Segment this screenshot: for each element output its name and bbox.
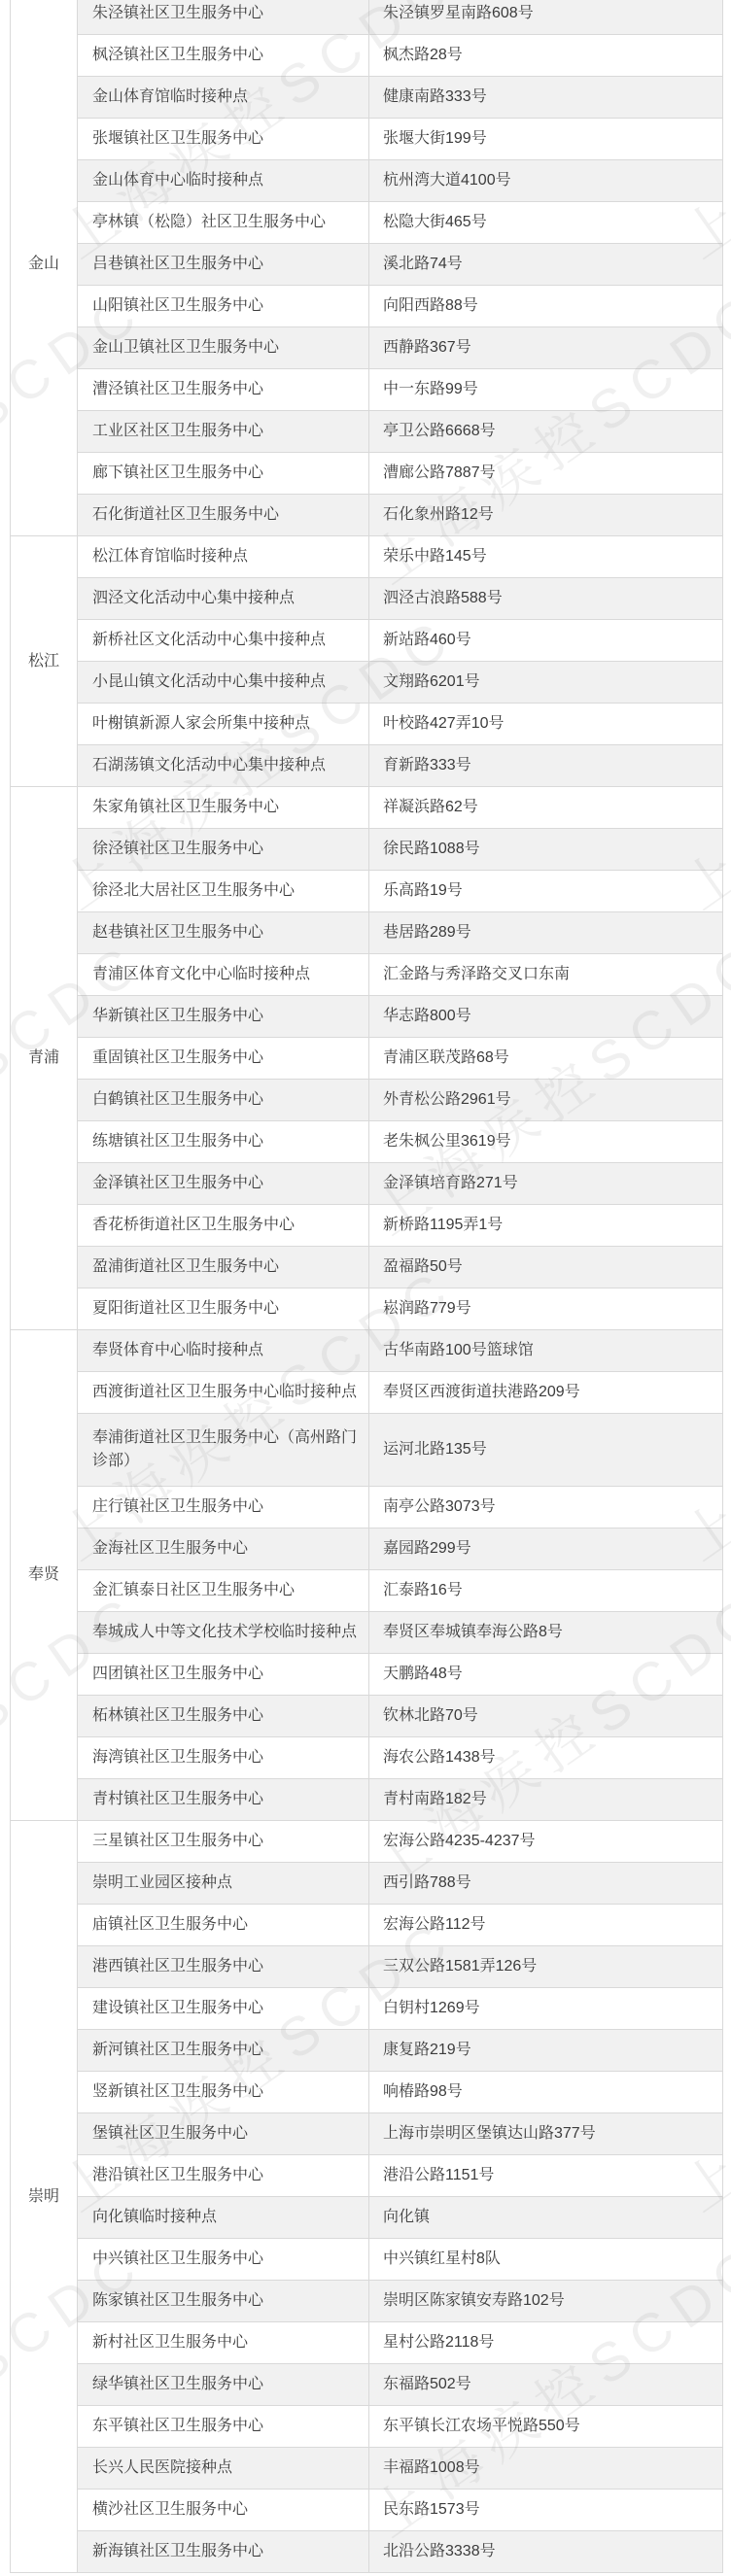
- site-address-cell: 向化镇: [369, 2197, 722, 2238]
- table-row: 竖新镇社区卫生服务中心 响椿路98号: [78, 2072, 722, 2113]
- site-name-cell: 陈家镇社区卫生服务中心: [78, 2281, 369, 2321]
- table-row: 新河镇社区卫生服务中心 康复路219号: [78, 2030, 722, 2072]
- site-name-cell: 廊下镇社区卫生服务中心: [78, 453, 369, 494]
- site-address-cell: 亭卫公路6668号: [369, 411, 722, 452]
- site-address-cell: 汇金路与秀泽路交叉口东南: [369, 954, 722, 995]
- site-name: 石化街道社区卫生服务中心: [92, 503, 279, 527]
- site-address: 汇金路与秀泽路交叉口东南: [383, 963, 570, 986]
- site-address-cell: 奉贤区奉城镇奉海公路8号: [369, 1612, 722, 1653]
- site-name: 新海镇社区卫生服务中心: [92, 2540, 263, 2563]
- site-address: 亭卫公路6668号: [383, 420, 496, 443]
- site-name-cell: 泗泾文化活动中心集中接种点: [78, 578, 369, 619]
- site-name-cell: 奉城成人中等文化技术学校临时接种点: [78, 1612, 369, 1653]
- site-name: 青村镇社区卫生服务中心: [92, 1788, 263, 1811]
- site-address-cell: 青浦区联茂路68号: [369, 1038, 722, 1079]
- site-name: 建设镇社区卫生服务中心: [92, 1997, 263, 2020]
- site-address: 枫杰路28号: [383, 44, 463, 67]
- site-address: 星村公路2118号: [383, 2331, 494, 2354]
- site-name: 松江体育馆临时接种点: [92, 545, 248, 568]
- table-row: 工业区社区卫生服务中心 亭卫公路6668号: [78, 411, 722, 453]
- site-address: 荣乐中路145号: [383, 545, 487, 568]
- site-address-cell: 汇泰路16号: [369, 1570, 722, 1611]
- table-row: 张堰镇社区卫生服务中心 张堰大街199号: [78, 119, 722, 160]
- site-address-cell: 上海市崇明区堡镇达山路377号: [369, 2113, 722, 2154]
- site-name-cell: 新河镇社区卫生服务中心: [78, 2030, 369, 2071]
- site-address-cell: 金泽镇培育路271号: [369, 1163, 722, 1204]
- site-address: 松隐大街465号: [383, 211, 487, 234]
- site-name: 青浦区体育文化中心临时接种点: [92, 963, 310, 986]
- site-address-cell: 奉贤区西渡街道扶港路209号: [369, 1372, 722, 1413]
- site-address-cell: 青村南路182号: [369, 1779, 722, 1820]
- site-name: 西渡街道社区卫生服务中心临时接种点: [92, 1381, 357, 1404]
- table-row: 山阳镇社区卫生服务中心 向阳西路88号: [78, 286, 722, 327]
- site-address: 东福路502号: [383, 2373, 471, 2396]
- table-row: 绿华镇社区卫生服务中心 东福路502号: [78, 2364, 722, 2406]
- table-row: 金山卫镇社区卫生服务中心 西静路367号: [78, 327, 722, 369]
- site-name: 港沿镇社区卫生服务中心: [92, 2164, 263, 2187]
- table-row: 长兴人民医院接种点 丰福路1008号: [78, 2448, 722, 2490]
- table-row: 夏阳街道社区卫生服务中心 崧润路779号: [78, 1288, 722, 1329]
- table-row: 庙镇社区卫生服务中心 宏海公路112号: [78, 1905, 722, 1946]
- site-address-cell: 钦林北路70号: [369, 1696, 722, 1736]
- site-address: 向化镇: [383, 2206, 430, 2229]
- site-name-cell: 张堰镇社区卫生服务中心: [78, 119, 369, 159]
- site-name: 庄行镇社区卫生服务中心: [92, 1495, 263, 1519]
- table-row: 金海社区卫生服务中心 嘉园路299号: [78, 1528, 722, 1570]
- site-address-cell: 松隐大街465号: [369, 202, 722, 243]
- site-address-cell: 崧润路779号: [369, 1288, 722, 1329]
- table-row: 朱家角镇社区卫生服务中心 祥凝浜路62号: [78, 787, 722, 829]
- table-row: 金泽镇社区卫生服务中心 金泽镇培育路271号: [78, 1163, 722, 1205]
- site-address: 崧润路779号: [383, 1297, 471, 1321]
- site-name-cell: 盈浦街道社区卫生服务中心: [78, 1247, 369, 1288]
- site-name: 绿华镇社区卫生服务中心: [92, 2373, 263, 2396]
- site-name: 横沙社区卫生服务中心: [92, 2498, 248, 2522]
- site-name-cell: 崇明工业园区接种点: [78, 1863, 369, 1904]
- site-address-cell: 新站路460号: [369, 620, 722, 661]
- site-address: 上海市崇明区堡镇达山路377号: [383, 2122, 596, 2146]
- site-address-cell: 三双公路1581弄126号: [369, 1946, 722, 1987]
- site-address-cell: 北沿公路3338号: [369, 2531, 722, 2572]
- site-address: 三双公路1581弄126号: [383, 1955, 537, 1978]
- site-name: 金山体育中心临时接种点: [92, 169, 263, 192]
- site-name-cell: 漕泾镇社区卫生服务中心: [78, 369, 369, 410]
- site-name: 叶榭镇新源人家会所集中接种点: [92, 712, 310, 736]
- site-address-cell: 荣乐中路145号: [369, 536, 722, 577]
- site-name: 石湖荡镇文化活动中心集中接种点: [92, 754, 326, 777]
- site-name: 枫泾镇社区卫生服务中心: [92, 44, 263, 67]
- table-row: 港沿镇社区卫生服务中心 港沿公路1151号: [78, 2155, 722, 2197]
- site-name: 新河镇社区卫生服务中心: [92, 2039, 263, 2062]
- site-name-cell: 新村社区卫生服务中心: [78, 2322, 369, 2363]
- site-address: 汇泰路16号: [383, 1579, 463, 1602]
- table-row: 奉城成人中等文化技术学校临时接种点 奉贤区奉城镇奉海公路8号: [78, 1612, 722, 1654]
- table-row: 新海镇社区卫生服务中心 北沿公路3338号: [78, 2531, 722, 2572]
- site-address: 漕廊公路7887号: [383, 462, 496, 485]
- site-address: 崇明区陈家镇安寿路102号: [383, 2289, 565, 2313]
- site-address-cell: 盈福路50号: [369, 1247, 722, 1288]
- section-rows: 松江体育馆临时接种点 荣乐中路145号 泗泾文化活动中心集中接种点 泗泾古浪路5…: [78, 536, 722, 786]
- table-row: 练塘镇社区卫生服务中心 老朱枫公里3619号: [78, 1121, 722, 1163]
- district-section: 崇明 三星镇社区卫生服务中心 宏海公路4235-4237号 崇明工业园区接种点 …: [11, 1821, 722, 2573]
- site-address: 新桥路1195弄1号: [383, 1214, 503, 1237]
- site-name-cell: 徐泾北大居社区卫生服务中心: [78, 871, 369, 911]
- table-row: 重固镇社区卫生服务中心 青浦区联茂路68号: [78, 1038, 722, 1080]
- site-name: 四团镇社区卫生服务中心: [92, 1663, 263, 1686]
- site-name-cell: 中兴镇社区卫生服务中心: [78, 2239, 369, 2280]
- site-address: 乐高路19号: [383, 879, 463, 903]
- site-name: 重固镇社区卫生服务中心: [92, 1047, 263, 1070]
- site-name-cell: 竖新镇社区卫生服务中心: [78, 2072, 369, 2112]
- site-name-cell: 石化街道社区卫生服务中心: [78, 495, 369, 535]
- site-name-cell: 四团镇社区卫生服务中心: [78, 1654, 369, 1695]
- site-name-cell: 庙镇社区卫生服务中心: [78, 1905, 369, 1945]
- site-name-cell: 石湖荡镇文化活动中心集中接种点: [78, 745, 369, 786]
- site-address-cell: 溪北路74号: [369, 244, 722, 285]
- table-row: 徐泾镇社区卫生服务中心 徐民路1088号: [78, 829, 722, 871]
- site-address: 文翔路6201号: [383, 670, 480, 694]
- table-row: 横沙社区卫生服务中心 民东路1573号: [78, 2490, 722, 2531]
- site-address: 西引路788号: [383, 1872, 471, 1895]
- site-address-cell: 康复路219号: [369, 2030, 722, 2071]
- site-address: 民东路1573号: [383, 2498, 480, 2522]
- site-address: 古华南路100号篮球馆: [383, 1339, 534, 1362]
- site-name-cell: 枫泾镇社区卫生服务中心: [78, 35, 369, 76]
- district-label-cell: 崇明: [11, 1821, 78, 2572]
- table-row: 泗泾文化活动中心集中接种点 泗泾古浪路588号: [78, 578, 722, 620]
- site-name-cell: 重固镇社区卫生服务中心: [78, 1038, 369, 1079]
- site-name: 盈浦街道社区卫生服务中心: [92, 1255, 279, 1279]
- site-name: 堡镇社区卫生服务中心: [92, 2122, 248, 2146]
- site-address-cell: 新桥路1195弄1号: [369, 1205, 722, 1246]
- site-address-cell: 祥凝浜路62号: [369, 787, 722, 828]
- section-rows: 朱泾镇社区卫生服务中心 朱泾镇罗星南路608号 枫泾镇社区卫生服务中心 枫杰路2…: [78, 0, 722, 535]
- table-row: 朱泾镇社区卫生服务中心 朱泾镇罗星南路608号: [78, 0, 722, 35]
- site-address-cell: 运河北路135号: [369, 1414, 722, 1486]
- site-name-cell: 向化镇临时接种点: [78, 2197, 369, 2238]
- site-address-cell: 东福路502号: [369, 2364, 722, 2405]
- site-name-cell: 徐泾镇社区卫生服务中心: [78, 829, 369, 870]
- table-row: 奉贤体育中心临时接种点 古华南路100号篮球馆: [78, 1330, 722, 1372]
- table-row: 叶榭镇新源人家会所集中接种点 叶校路427弄10号: [78, 704, 722, 745]
- site-name: 海湾镇社区卫生服务中心: [92, 1746, 263, 1769]
- site-address: 金泽镇培育路271号: [383, 1172, 518, 1195]
- site-name-cell: 港西镇社区卫生服务中心: [78, 1946, 369, 1987]
- site-name: 崇明工业园区接种点: [92, 1872, 232, 1895]
- table-row: 西渡街道社区卫生服务中心临时接种点 奉贤区西渡街道扶港路209号: [78, 1372, 722, 1414]
- site-name-cell: 新海镇社区卫生服务中心: [78, 2531, 369, 2572]
- site-address: 东平镇长江农场平悦路550号: [383, 2415, 580, 2438]
- site-name: 练塘镇社区卫生服务中心: [92, 1130, 263, 1153]
- site-address-cell: 宏海公路112号: [369, 1905, 722, 1945]
- site-address: 青浦区联茂路68号: [383, 1047, 509, 1070]
- site-name: 东平镇社区卫生服务中心: [92, 2415, 263, 2438]
- site-name: 香花桥街道社区卫生服务中心: [92, 1214, 295, 1237]
- table-row: 金山体育馆临时接种点 健康南路333号: [78, 77, 722, 119]
- site-address: 徐民路1088号: [383, 838, 480, 861]
- table-row: 陈家镇社区卫生服务中心 崇明区陈家镇安寿路102号: [78, 2281, 722, 2322]
- table-row: 建设镇社区卫生服务中心 白钥村1269号: [78, 1988, 722, 2030]
- site-name-cell: 奉贤体育中心临时接种点: [78, 1330, 369, 1371]
- site-address: 盈福路50号: [383, 1255, 463, 1279]
- site-address: 巷居路289号: [383, 921, 471, 945]
- table-row: 中兴镇社区卫生服务中心 中兴镇红星村8队: [78, 2239, 722, 2281]
- table-row: 枫泾镇社区卫生服务中心 枫杰路28号: [78, 35, 722, 77]
- site-name: 朱家角镇社区卫生服务中心: [92, 796, 279, 819]
- site-name: 山阳镇社区卫生服务中心: [92, 294, 263, 318]
- site-name: 夏阳街道社区卫生服务中心: [92, 1297, 279, 1321]
- site-name-cell: 金山体育中心临时接种点: [78, 160, 369, 201]
- table-row: 华新镇社区卫生服务中心 华志路800号: [78, 996, 722, 1038]
- site-name: 向化镇临时接种点: [92, 2206, 217, 2229]
- site-name: 港西镇社区卫生服务中心: [92, 1955, 263, 1978]
- site-address-cell: 西引路788号: [369, 1863, 722, 1904]
- table-row: 港西镇社区卫生服务中心 三双公路1581弄126号: [78, 1946, 722, 1988]
- site-address: 华志路800号: [383, 1005, 471, 1028]
- site-address-cell: 古华南路100号篮球馆: [369, 1330, 722, 1371]
- site-name-cell: 青村镇社区卫生服务中心: [78, 1779, 369, 1820]
- site-address-cell: 徐民路1088号: [369, 829, 722, 870]
- district-label: 金山: [28, 253, 59, 276]
- site-name-cell: 朱家角镇社区卫生服务中心: [78, 787, 369, 828]
- site-name-cell: 庄行镇社区卫生服务中心: [78, 1487, 369, 1528]
- site-name-cell: 金汇镇泰日社区卫生服务中心: [78, 1570, 369, 1611]
- site-address: 青村南路182号: [383, 1788, 487, 1811]
- site-address: 西静路367号: [383, 336, 471, 360]
- site-name-cell: 香花桥街道社区卫生服务中心: [78, 1205, 369, 1246]
- table-row: 吕巷镇社区卫生服务中心 溪北路74号: [78, 244, 722, 286]
- district-label: 奉贤: [28, 1563, 59, 1587]
- site-address-cell: 育新路333号: [369, 745, 722, 786]
- district-section: 松江 松江体育馆临时接种点 荣乐中路145号 泗泾文化活动中心集中接种点 泗泾古…: [11, 536, 722, 787]
- site-address: 康复路219号: [383, 2039, 471, 2062]
- site-address-cell: 港沿公路1151号: [369, 2155, 722, 2196]
- site-address-cell: 东平镇长江农场平悦路550号: [369, 2406, 722, 2447]
- site-name: 金山卫镇社区卫生服务中心: [92, 336, 279, 360]
- site-name: 朱泾镇社区卫生服务中心: [92, 2, 263, 25]
- site-address-cell: 向阳西路88号: [369, 286, 722, 326]
- site-name: 徐泾北大居社区卫生服务中心: [92, 879, 295, 903]
- table-row: 堡镇社区卫生服务中心 上海市崇明区堡镇达山路377号: [78, 2113, 722, 2155]
- table-row: 青村镇社区卫生服务中心 青村南路182号: [78, 1779, 722, 1820]
- table-row: 金汇镇泰日社区卫生服务中心 汇泰路16号: [78, 1570, 722, 1612]
- site-address-cell: 叶校路427弄10号: [369, 704, 722, 744]
- site-name-cell: 小昆山镇文化活动中心集中接种点: [78, 662, 369, 703]
- site-address: 叶校路427弄10号: [383, 712, 505, 736]
- site-address-cell: 朱泾镇罗星南路608号: [369, 0, 722, 34]
- site-address: 朱泾镇罗星南路608号: [383, 2, 534, 25]
- site-name: 陈家镇社区卫生服务中心: [92, 2289, 263, 2313]
- site-name-cell: 奉浦街道社区卫生服务中心（高州路门诊部）: [78, 1414, 369, 1486]
- district-label: 崇明: [28, 2185, 59, 2209]
- site-address-cell: 石化象州路12号: [369, 495, 722, 535]
- site-name: 新桥社区文化活动中心集中接种点: [92, 629, 326, 652]
- site-address-cell: 南亭公路3073号: [369, 1487, 722, 1528]
- table-row: 柘林镇社区卫生服务中心 钦林北路70号: [78, 1696, 722, 1737]
- site-address-cell: 星村公路2118号: [369, 2322, 722, 2363]
- table-row: 赵巷镇社区卫生服务中心 巷居路289号: [78, 912, 722, 954]
- site-address-cell: 丰福路1008号: [369, 2448, 722, 2489]
- page: 金山 朱泾镇社区卫生服务中心 朱泾镇罗星南路608号 枫泾镇社区卫生服务中心 枫…: [0, 0, 731, 2576]
- section-rows: 朱家角镇社区卫生服务中心 祥凝浜路62号 徐泾镇社区卫生服务中心 徐民路1088…: [78, 787, 722, 1329]
- site-address-cell: 西静路367号: [369, 327, 722, 368]
- district-label-cell: 奉贤: [11, 1330, 78, 1820]
- site-name: 亭林镇（松隐）社区卫生服务中心: [92, 211, 326, 234]
- site-name: 三星镇社区卫生服务中心: [92, 1830, 263, 1853]
- table-row: 新桥社区文化活动中心集中接种点 新站路460号: [78, 620, 722, 662]
- site-name: 工业区社区卫生服务中心: [92, 420, 263, 443]
- section-rows: 三星镇社区卫生服务中心 宏海公路4235-4237号 崇明工业园区接种点 西引路…: [78, 1821, 722, 2572]
- table-row: 小昆山镇文化活动中心集中接种点 文翔路6201号: [78, 662, 722, 704]
- site-name-cell: 松江体育馆临时接种点: [78, 536, 369, 577]
- site-name: 华新镇社区卫生服务中心: [92, 1005, 263, 1028]
- site-name: 赵巷镇社区卫生服务中心: [92, 921, 263, 945]
- site-name-cell: 练塘镇社区卫生服务中心: [78, 1121, 369, 1162]
- site-address: 奉贤区奉城镇奉海公路8号: [383, 1621, 563, 1644]
- district-section: 金山 朱泾镇社区卫生服务中心 朱泾镇罗星南路608号 枫泾镇社区卫生服务中心 枫…: [11, 0, 722, 536]
- site-address: 钦林北路70号: [383, 1704, 478, 1728]
- site-address-cell: 白钥村1269号: [369, 1988, 722, 2029]
- site-address: 老朱枫公里3619号: [383, 1130, 511, 1153]
- table-row: 盈浦街道社区卫生服务中心 盈福路50号: [78, 1247, 722, 1288]
- site-name-cell: 绿华镇社区卫生服务中心: [78, 2364, 369, 2405]
- site-address-cell: 文翔路6201号: [369, 662, 722, 703]
- site-address-cell: 宏海公路4235-4237号: [369, 1821, 722, 1862]
- table-row: 廊下镇社区卫生服务中心 漕廊公路7887号: [78, 453, 722, 495]
- site-name-cell: 工业区社区卫生服务中心: [78, 411, 369, 452]
- site-address-cell: 老朱枫公里3619号: [369, 1121, 722, 1162]
- table-row: 四团镇社区卫生服务中心 天鹏路48号: [78, 1654, 722, 1696]
- district-label: 松江: [28, 650, 59, 673]
- site-name: 廊下镇社区卫生服务中心: [92, 462, 263, 485]
- site-address: 中一东路99号: [383, 378, 478, 401]
- site-name: 奉贤体育中心临时接种点: [92, 1339, 263, 1362]
- table-row: 海湾镇社区卫生服务中心 海农公路1438号: [78, 1737, 722, 1779]
- site-name-cell: 柘林镇社区卫生服务中心: [78, 1696, 369, 1736]
- site-address-cell: 外青松公路2961号: [369, 1080, 722, 1120]
- site-name: 柘林镇社区卫生服务中心: [92, 1704, 263, 1728]
- site-address-cell: 民东路1573号: [369, 2490, 722, 2530]
- table-row: 石湖荡镇文化活动中心集中接种点 育新路333号: [78, 745, 722, 786]
- site-name-cell: 吕巷镇社区卫生服务中心: [78, 244, 369, 285]
- table-row: 庄行镇社区卫生服务中心 南亭公路3073号: [78, 1487, 722, 1528]
- site-address: 南亭公路3073号: [383, 1495, 496, 1519]
- table-row: 三星镇社区卫生服务中心 宏海公路4235-4237号: [78, 1821, 722, 1863]
- table-row: 东平镇社区卫生服务中心 东平镇长江农场平悦路550号: [78, 2406, 722, 2448]
- site-name-cell: 新桥社区文化活动中心集中接种点: [78, 620, 369, 661]
- table-row: 亭林镇（松隐）社区卫生服务中心 松隐大街465号: [78, 202, 722, 244]
- district-label-cell: 金山: [11, 0, 78, 535]
- site-address: 育新路333号: [383, 754, 471, 777]
- vaccination-table: 金山 朱泾镇社区卫生服务中心 朱泾镇罗星南路608号 枫泾镇社区卫生服务中心 枫…: [10, 0, 723, 2573]
- site-name-cell: 横沙社区卫生服务中心: [78, 2490, 369, 2530]
- site-name-cell: 金泽镇社区卫生服务中心: [78, 1163, 369, 1204]
- site-address: 嘉园路299号: [383, 1537, 471, 1561]
- site-name-cell: 朱泾镇社区卫生服务中心: [78, 0, 369, 34]
- site-address: 向阳西路88号: [383, 294, 478, 318]
- site-address: 运河北路135号: [383, 1438, 487, 1461]
- site-name: 徐泾镇社区卫生服务中心: [92, 838, 263, 861]
- site-name-cell: 夏阳街道社区卫生服务中心: [78, 1288, 369, 1329]
- section-rows: 奉贤体育中心临时接种点 古华南路100号篮球馆 西渡街道社区卫生服务中心临时接种…: [78, 1330, 722, 1820]
- site-address-cell: 张堰大街199号: [369, 119, 722, 159]
- site-name: 新村社区卫生服务中心: [92, 2331, 248, 2354]
- site-address: 中兴镇红星村8队: [383, 2248, 501, 2271]
- site-name-cell: 金海社区卫生服务中心: [78, 1528, 369, 1569]
- site-name: 白鹤镇社区卫生服务中心: [92, 1088, 263, 1112]
- site-address: 丰福路1008号: [383, 2456, 480, 2480]
- site-address: 石化象州路12号: [383, 503, 494, 527]
- district-label-cell: 松江: [11, 536, 78, 786]
- site-address: 北沿公路3338号: [383, 2540, 496, 2563]
- site-name: 金海社区卫生服务中心: [92, 1537, 248, 1561]
- site-address-cell: 响椿路98号: [369, 2072, 722, 2112]
- site-name: 竖新镇社区卫生服务中心: [92, 2080, 263, 2104]
- site-name-cell: 长兴人民医院接种点: [78, 2448, 369, 2489]
- site-address-cell: 华志路800号: [369, 996, 722, 1037]
- site-name: 小昆山镇文化活动中心集中接种点: [92, 670, 326, 694]
- site-address-cell: 杭州湾大道4100号: [369, 160, 722, 201]
- site-name-cell: 叶榭镇新源人家会所集中接种点: [78, 704, 369, 744]
- site-address: 白钥村1269号: [383, 1997, 480, 2020]
- site-address: 健康南路333号: [383, 86, 487, 109]
- site-address-cell: 健康南路333号: [369, 77, 722, 118]
- table-row: 石化街道社区卫生服务中心 石化象州路12号: [78, 495, 722, 535]
- site-address: 宏海公路112号: [383, 1913, 486, 1937]
- site-address: 新站路460号: [383, 629, 471, 652]
- district-section: 奉贤 奉贤体育中心临时接种点 古华南路100号篮球馆 西渡街道社区卫生服务中心临…: [11, 1330, 722, 1821]
- site-address-cell: 泗泾古浪路588号: [369, 578, 722, 619]
- site-address-cell: 天鹏路48号: [369, 1654, 722, 1695]
- site-address-cell: 嘉园路299号: [369, 1528, 722, 1569]
- site-name: 金山体育馆临时接种点: [92, 86, 248, 109]
- site-name-cell: 金山体育馆临时接种点: [78, 77, 369, 118]
- site-address-cell: 中兴镇红星村8队: [369, 2239, 722, 2280]
- site-address: 响椿路98号: [383, 2080, 463, 2104]
- site-address-cell: 巷居路289号: [369, 912, 722, 953]
- site-address: 张堰大街199号: [383, 127, 487, 151]
- site-name: 中兴镇社区卫生服务中心: [92, 2248, 263, 2271]
- site-address-cell: 漕廊公路7887号: [369, 453, 722, 494]
- site-name: 泗泾文化活动中心集中接种点: [92, 587, 295, 610]
- site-name: 金泽镇社区卫生服务中心: [92, 1172, 263, 1195]
- site-name-cell: 金山卫镇社区卫生服务中心: [78, 327, 369, 368]
- table-row: 奉浦街道社区卫生服务中心（高州路门诊部） 运河北路135号: [78, 1414, 722, 1487]
- site-name: 金汇镇泰日社区卫生服务中心: [92, 1579, 295, 1602]
- site-address: 溪北路74号: [383, 253, 463, 276]
- table-row: 白鹤镇社区卫生服务中心 外青松公路2961号: [78, 1080, 722, 1121]
- table-row: 徐泾北大居社区卫生服务中心 乐高路19号: [78, 871, 722, 912]
- table-row: 漕泾镇社区卫生服务中心 中一东路99号: [78, 369, 722, 411]
- district-section: 青浦 朱家角镇社区卫生服务中心 祥凝浜路62号 徐泾镇社区卫生服务中心 徐民路1…: [11, 787, 722, 1330]
- site-name-cell: 港沿镇社区卫生服务中心: [78, 2155, 369, 2196]
- district-label-cell: 青浦: [11, 787, 78, 1329]
- table-row: 金山体育中心临时接种点 杭州湾大道4100号: [78, 160, 722, 202]
- site-name-cell: 白鹤镇社区卫生服务中心: [78, 1080, 369, 1120]
- site-name-cell: 山阳镇社区卫生服务中心: [78, 286, 369, 326]
- site-address: 港沿公路1151号: [383, 2164, 494, 2187]
- site-address: 奉贤区西渡街道扶港路209号: [383, 1381, 580, 1404]
- table-row: 向化镇临时接种点 向化镇: [78, 2197, 722, 2239]
- site-name: 吕巷镇社区卫生服务中心: [92, 253, 263, 276]
- site-address: 泗泾古浪路588号: [383, 587, 503, 610]
- site-address-cell: 枫杰路28号: [369, 35, 722, 76]
- site-address: 祥凝浜路62号: [383, 796, 478, 819]
- site-name: 奉城成人中等文化技术学校临时接种点: [92, 1621, 357, 1644]
- table-row: 青浦区体育文化中心临时接种点 汇金路与秀泽路交叉口东南: [78, 954, 722, 996]
- site-address: 天鹏路48号: [383, 1663, 463, 1686]
- site-address-cell: 乐高路19号: [369, 871, 722, 911]
